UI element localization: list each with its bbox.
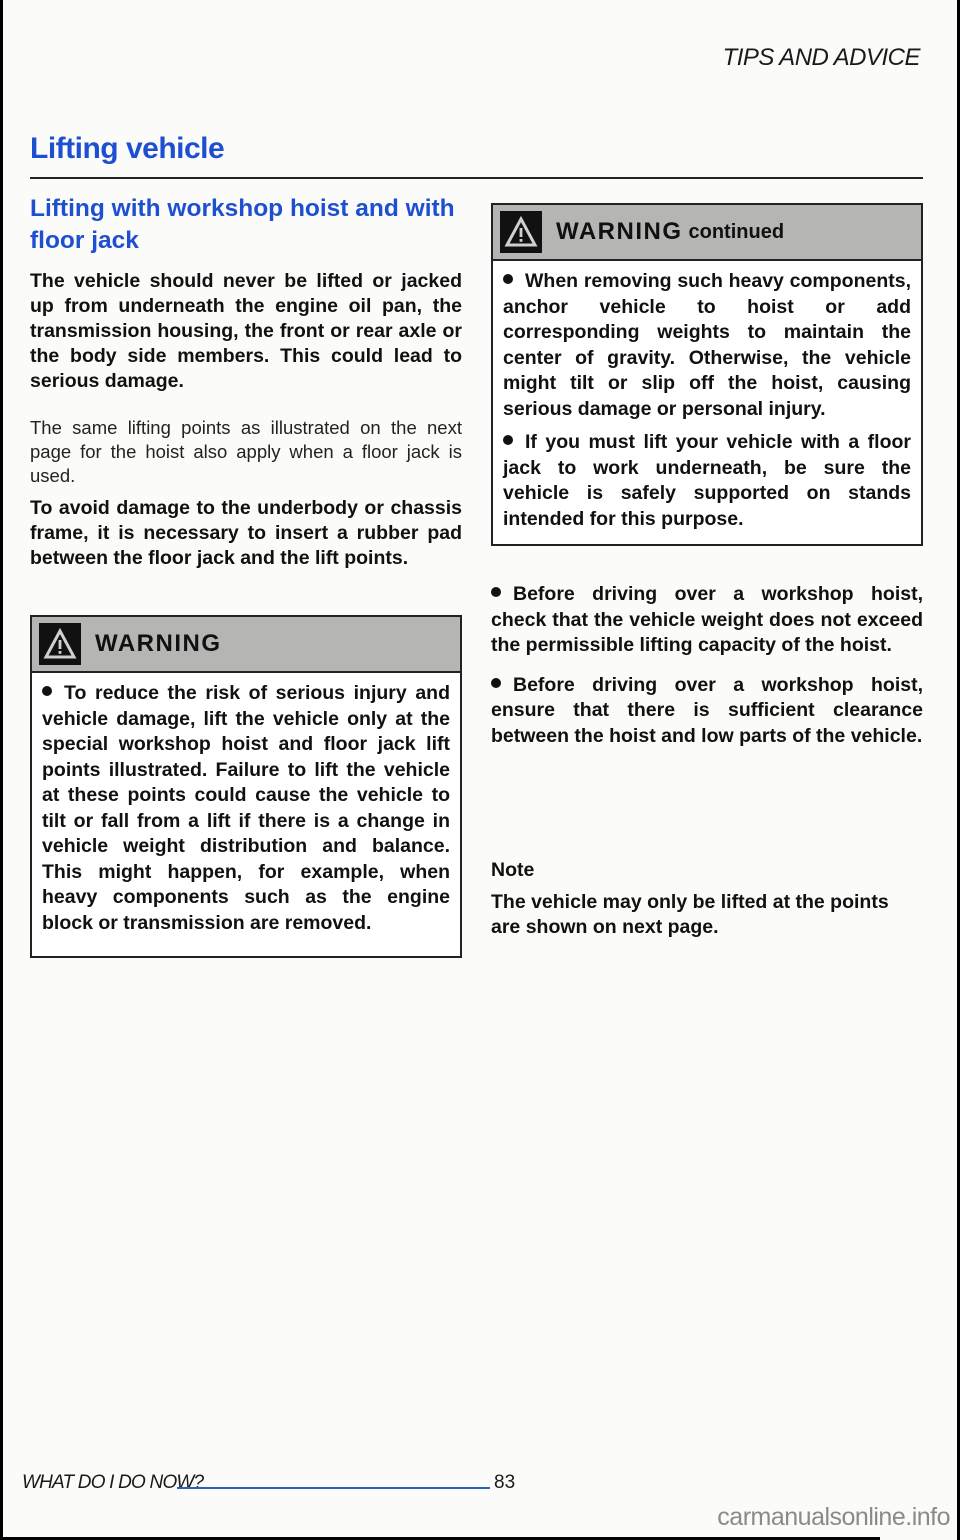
note-text: The vehicle may only be lifted at the po… <box>491 890 923 940</box>
section-title: Lifting vehicle <box>30 132 224 166</box>
warning-body: When removing such heavy components, anc… <box>493 261 921 544</box>
warning-body: To reduce the risk of serious injury and… <box>32 673 460 956</box>
warning-triangle-icon <box>39 623 81 665</box>
hoist-bullet: Before driving over a workshop hoist, en… <box>491 673 923 750</box>
watermark: carmanualsonline.info <box>717 1503 950 1532</box>
hoist-bullet: Before driving over a workshop hoist, ch… <box>491 582 923 659</box>
subsection-heading: Lifting with workshop hoist and with flo… <box>30 193 462 257</box>
bullet-icon <box>491 587 501 597</box>
page-footer: WHAT DO I DO NOW? 83 <box>22 1472 902 1502</box>
right-column: WARNING continued When removing such hea… <box>491 203 923 940</box>
footer-rule <box>177 1487 490 1489</box>
warning-continued-label: continued <box>689 221 785 244</box>
page-border-left <box>0 0 3 1540</box>
warning-bullet: When removing such heavy components, anc… <box>503 269 911 422</box>
left-column: Lifting with workshop hoist and with flo… <box>30 193 462 958</box>
bullet-icon <box>503 274 513 284</box>
rubber-pad-paragraph: To avoid damage to the underbody or chas… <box>30 496 462 571</box>
intro-paragraph: The vehicle should never be lifted or ja… <box>30 269 462 394</box>
warning-header: WARNING <box>32 617 460 673</box>
bullet-icon <box>42 686 52 696</box>
bullet-icon <box>503 435 513 445</box>
lifting-points-paragraph: The same lifting points as illustrated o… <box>30 416 462 488</box>
hoist-bullets: Before driving over a workshop hoist, ch… <box>491 582 923 749</box>
warning-bullet: To reduce the risk of serious injury and… <box>42 681 450 936</box>
title-divider <box>30 177 923 179</box>
note-label: Note <box>491 859 923 882</box>
warning-box: WARNING To reduce the risk of serious in… <box>30 615 462 958</box>
note-section: Note The vehicle may only be lifted at t… <box>491 859 923 940</box>
warning-continued-header: WARNING continued <box>493 205 921 261</box>
footer-label: WHAT DO I DO NOW? <box>22 1472 203 1494</box>
page-number: 83 <box>494 1472 515 1494</box>
running-head: TIPS AND ADVICE <box>723 44 920 72</box>
warning-triangle-icon <box>500 211 542 253</box>
warning-title: WARNING <box>95 630 222 658</box>
warning-title: WARNING <box>556 218 683 246</box>
warning-continued-box: WARNING continued When removing such hea… <box>491 203 923 546</box>
bullet-icon <box>491 678 501 688</box>
warning-bullet: If you must lift your vehicle with a flo… <box>503 430 911 532</box>
